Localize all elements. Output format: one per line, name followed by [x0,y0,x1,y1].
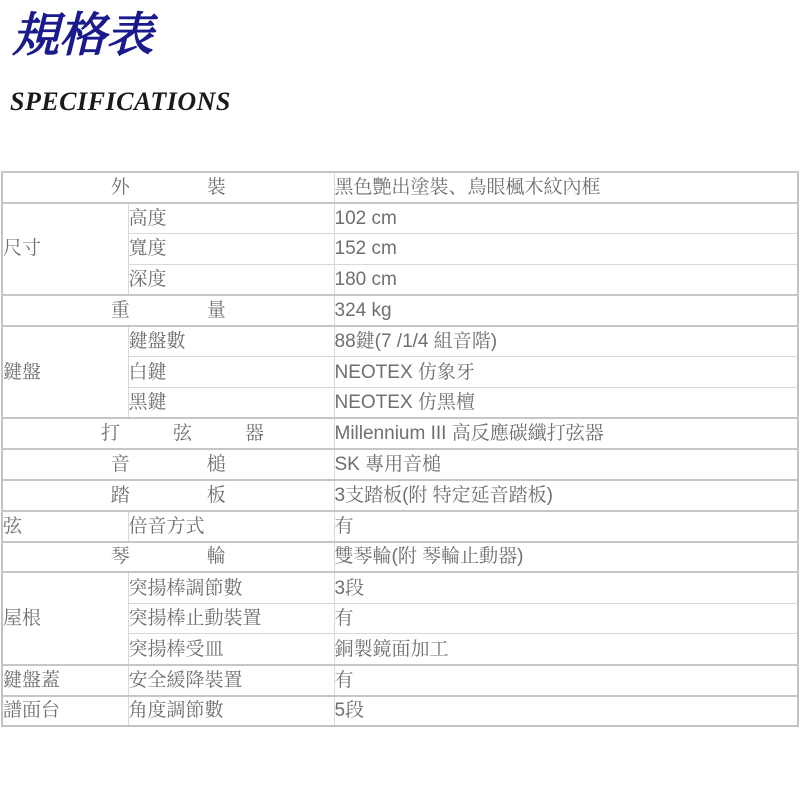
spec-category-cell: 音槌 [2,449,334,480]
spec-category-label: 踏板 [111,486,226,505]
spec-group-cell: 弦 [2,511,128,542]
spec-label-cell: 寬度 [128,234,334,265]
spec-value-cell: 3支踏板(附 特定延音踏板) [334,480,798,511]
spec-label-cell: 鍵盤數 [128,326,334,357]
spec-label-cell: 黑鍵 [128,388,334,419]
spec-category-label: 外裝 [111,178,226,197]
spec-value-cell: Millennium III 高反應碳纖打弦器 [334,418,798,449]
spec-value-cell: 有 [334,511,798,542]
table-row: 鍵盤 鍵盤數 88鍵(7 /1/4 組音階) [2,326,798,357]
table-row: 外裝 黑色艷出塗裝、鳥眼楓木紋內框 [2,172,798,203]
page-subtitle: SPECIFICATIONS [10,86,231,117]
spec-label-cell: 高度 [128,203,334,234]
spec-label-cell: 突揚棒止動裝置 [128,603,334,634]
spec-value-cell: NEOTEX 仿黑檀 [334,388,798,419]
spec-value-cell: 有 [334,603,798,634]
spec-label-cell: 倍音方式 [128,511,334,542]
spec-category-label: 重量 [111,301,226,320]
spec-group-cell: 屋根 [2,572,128,664]
spec-value-cell: 5段 [334,696,798,727]
spec-category-cell: 踏板 [2,480,334,511]
page: 規格表 SPECIFICATIONS 外裝 黑色艷出塗裝、鳥眼楓木紋內框 尺寸 … [0,0,800,800]
spec-value-cell: NEOTEX 仿象牙 [334,357,798,388]
spec-category-label: 琴輪 [111,547,226,566]
spec-group-cell: 譜面台 [2,696,128,727]
spec-category-cell: 外裝 [2,172,334,203]
table-row: 譜面台 角度調節數 5段 [2,696,798,727]
table-row: 弦 倍音方式 有 [2,511,798,542]
table-row: 鍵盤蓋 安全緩降裝置 有 [2,665,798,696]
spec-label-cell: 突揚棒受皿 [128,634,334,665]
spec-label-cell: 安全緩降裝置 [128,665,334,696]
spec-group-cell: 尺寸 [2,203,128,295]
spec-value-cell: 324 kg [334,295,798,326]
table-row: 重量 324 kg [2,295,798,326]
spec-label-cell: 突揚棒調節數 [128,572,334,603]
table-row: 打弦器 Millennium III 高反應碳纖打弦器 [2,418,798,449]
spec-group-cell: 鍵盤 [2,326,128,418]
spec-category-label: 打弦器 [101,424,264,443]
spec-value-cell: 88鍵(7 /1/4 組音階) [334,326,798,357]
spec-value-cell: 雙琴輪(附 琴輪止動器) [334,542,798,573]
spec-label-cell: 白鍵 [128,357,334,388]
spec-table: 外裝 黑色艷出塗裝、鳥眼楓木紋內框 尺寸 高度 102 cm 寬度 152 cm… [1,171,799,727]
spec-value-cell: 黑色艷出塗裝、鳥眼楓木紋內框 [334,172,798,203]
table-row: 琴輪 雙琴輪(附 琴輪止動器) [2,542,798,573]
table-row: 屋根 突揚棒調節數 3段 [2,572,798,603]
table-row: 尺寸 高度 102 cm [2,203,798,234]
spec-category-cell: 琴輪 [2,542,334,573]
spec-value-cell: 152 cm [334,234,798,265]
spec-category-label: 音槌 [111,455,226,474]
spec-category-cell: 打弦器 [2,418,334,449]
spec-label-cell: 深度 [128,264,334,295]
spec-value-cell: 102 cm [334,203,798,234]
spec-value-cell: 3段 [334,572,798,603]
spec-value-cell: SK 專用音槌 [334,449,798,480]
table-row: 踏板 3支踏板(附 特定延音踏板) [2,480,798,511]
page-title: 規格表 [12,6,153,67]
spec-value-cell: 銅製鏡面加工 [334,634,798,665]
table-row: 音槌 SK 專用音槌 [2,449,798,480]
spec-group-cell: 鍵盤蓋 [2,665,128,696]
spec-value-cell: 180 cm [334,264,798,295]
spec-value-cell: 有 [334,665,798,696]
spec-label-cell: 角度調節數 [128,696,334,727]
spec-category-cell: 重量 [2,295,334,326]
